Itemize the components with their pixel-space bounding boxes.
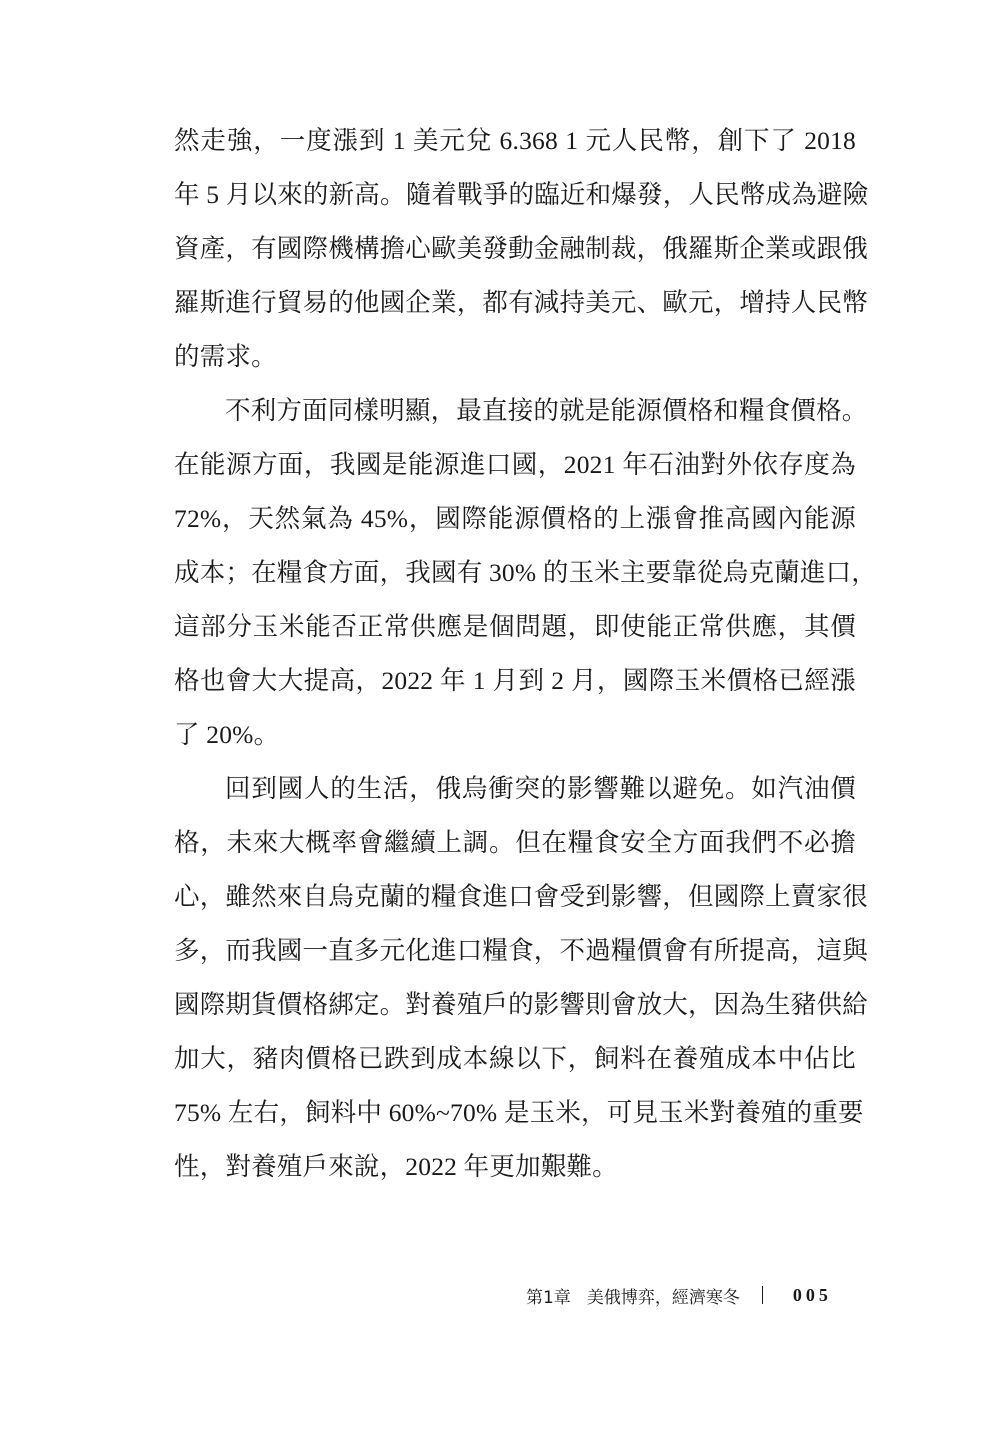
text-line: 心，雖然來自烏克蘭的糧食進口會受到影響，但國際上賣家很 [174,870,856,924]
text-line: 國際期貨價格綁定。對養殖戶的影響則會放大，因為生豬供給 [174,978,856,1032]
chapter-number: 第1章 [526,1283,571,1308]
text-line: 資產，有國際機構擔心歐美發動金融制裁，俄羅斯企業或跟俄 [174,222,856,276]
chapter-title: 美俄博弈，經濟寒冬 [587,1283,740,1308]
paragraph-3: 回到國人的生活，俄烏衝突的影響難以避免。如汽油價 格，未來大概率會繼續上調。但在… [174,762,856,1194]
text-line: 格也會大大提高，2022 年 1 月到 2 月，國際玉米價格已經漲 [174,654,856,708]
text-line: 回到國人的生活，俄烏衝突的影響難以避免。如汽油價 [174,762,856,816]
text-line: 年 5 月以來的新高。隨着戰爭的臨近和爆發，人民幣成為避險 [174,168,856,222]
text-line: 然走強，一度漲到 1 美元兌 6.368 1 元人民幣，創下了 2018 [174,114,856,168]
text-line: 羅斯進行貿易的他國企業，都有減持美元、歐元，增持人民幣 [174,276,856,330]
text-line: 了 20%。 [174,708,856,762]
text-line: 的需求。 [174,330,856,384]
footer-separator [762,1286,763,1304]
page-footer: 第1章 美俄博弈，經濟寒冬 005 [526,1281,856,1309]
text-line: 成本；在糧食方面，我國有 30% 的玉米主要靠從烏克蘭進口， [174,546,856,600]
paragraph-1: 然走強，一度漲到 1 美元兌 6.368 1 元人民幣，創下了 2018 年 5… [174,114,856,384]
text-line: 多，而我國一直多元化進口糧食，不過糧價會有所提高，這與 [174,924,856,978]
text-line: 不利方面同樣明顯，最直接的就是能源價格和糧食價格。 [174,384,856,438]
page-number: 005 [793,1285,832,1306]
text-line: 這部分玉米能否正常供應是個問題，即使能正常供應，其價 [174,600,856,654]
page-body: 然走強，一度漲到 1 美元兌 6.368 1 元人民幣，創下了 2018 年 5… [174,114,856,1194]
text-line: 72%，天然氣為 45%，國際能源價格的上漲會推高國內能源 [174,492,856,546]
text-line: 格，未來大概率會繼續上調。但在糧食安全方面我們不必擔 [174,816,856,870]
text-line: 在能源方面，我國是能源進口國，2021 年石油對外依存度為 [174,438,856,492]
text-line: 加大，豬肉價格已跌到成本線以下，飼料在養殖成本中佔比 [174,1032,856,1086]
paragraph-2: 不利方面同樣明顯，最直接的就是能源價格和糧食價格。 在能源方面，我國是能源進口國… [174,384,856,762]
text-line: 75% 左右，飼料中 60%~70% 是玉米，可見玉米對養殖的重要 [174,1086,856,1140]
text-line: 性，對養殖戶來說，2022 年更加艱難。 [174,1140,856,1194]
